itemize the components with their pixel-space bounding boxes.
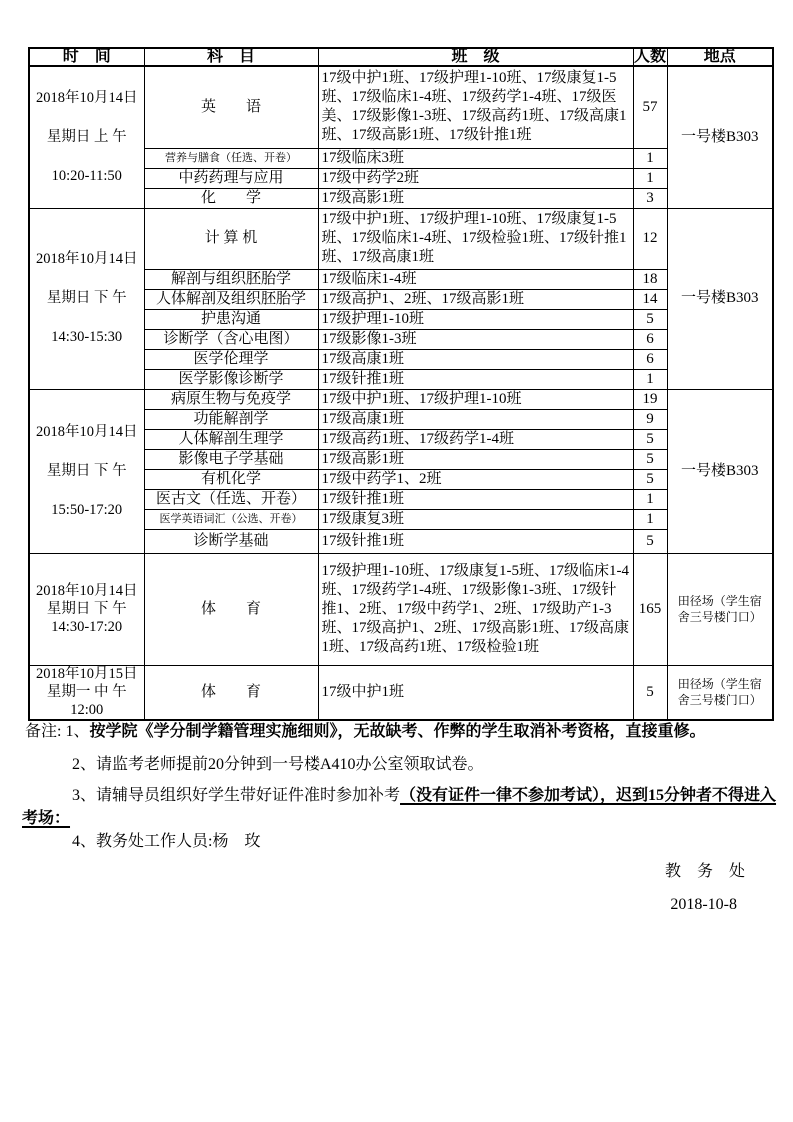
- header-row: 时 间 科 目 班 级 人数 地点: [29, 48, 773, 66]
- count-cell: 5: [633, 449, 667, 469]
- document-page: 时 间 科 目 班 级 人数 地点 2018年10月14日星期日 上 午10:2…: [0, 0, 793, 1122]
- count-cell: 1: [633, 148, 667, 168]
- count-cell: 14: [633, 289, 667, 309]
- note-3-prefix: 3、请辅导员组织好学生带好证件准时参加补考: [72, 787, 400, 804]
- classes-cell: 17级针推1班: [318, 489, 633, 509]
- count-cell: 5: [633, 469, 667, 489]
- classes-cell: 17级高护1、2班、17级高影1班: [318, 289, 633, 309]
- count-cell: 5: [633, 529, 667, 553]
- signature-date: 2018-10-8: [22, 895, 778, 915]
- signature-org: 教 务 处: [22, 862, 778, 882]
- count-cell: 19: [633, 389, 667, 409]
- subject-cell: 医学伦理学: [144, 349, 318, 369]
- subject-cell: 人体解剖及组织胚胎学: [144, 289, 318, 309]
- count-cell: 12: [633, 208, 667, 269]
- subject-cell: 英 语: [144, 66, 318, 148]
- location-cell: 一号楼B303: [667, 66, 773, 208]
- classes-cell: 17级临床3班: [318, 148, 633, 168]
- classes-cell: 17级中药学1、2班: [318, 469, 633, 489]
- subject-cell: 解剖与组织胚胎学: [144, 269, 318, 289]
- note-1-text: 按学院《学分制学籍管理实施细则》，无故缺考、作弊的学生取消补考资格，直接重修。: [89, 723, 705, 740]
- table-row: 2018年10月14日星期日 下 午15:50-17:20病原生物与免疫学17级…: [29, 389, 773, 409]
- time-line: 2018年10月14日: [36, 251, 138, 268]
- count-cell: 165: [633, 553, 667, 665]
- time-line: 星期日 下 午: [47, 463, 127, 480]
- subject-cell: 体 育: [144, 665, 318, 720]
- subject-cell: 有机化学: [144, 469, 318, 489]
- time-line: 2018年10月15日: [36, 666, 138, 683]
- header-classes: 班 级: [318, 48, 633, 66]
- subject-cell: 中药药理与应用: [144, 168, 318, 188]
- count-cell: 5: [633, 429, 667, 449]
- location-cell: 田径场（学生宿舍三号楼门口）: [667, 553, 773, 665]
- classes-cell: 17级护理1-10班、17级康复1-5班、17级临床1-4班、17级药学1-4班…: [318, 553, 633, 665]
- table-row: 2018年10月14日星期日 下 午14:30-17:20体 育17级护理1-1…: [29, 553, 773, 665]
- count-cell: 57: [633, 66, 667, 148]
- classes-cell: 17级中护1班、17级护理1-10班、17级康复1-5班、17级临床1-4班、1…: [318, 66, 633, 148]
- header-subject: 科 目: [144, 48, 318, 66]
- time-line: 2018年10月14日: [36, 424, 138, 441]
- time-cell: 2018年10月14日星期日 上 午10:20-11:50: [29, 66, 144, 208]
- classes-cell: 17级康复3班: [318, 509, 633, 529]
- subject-cell: 影像电子学基础: [144, 449, 318, 469]
- header-time: 时 间: [29, 48, 144, 66]
- subject-cell: 医学英语词汇（公选、开卷）: [144, 509, 318, 529]
- count-cell: 5: [633, 309, 667, 329]
- subject-cell: 诊断学（含心电图）: [144, 329, 318, 349]
- count-cell: 6: [633, 349, 667, 369]
- note-3: 3、请辅导员组织好学生带好证件准时参加补考（没有证件一律不参加考试），迟到15分…: [22, 784, 778, 830]
- classes-cell: 17级高影1班: [318, 188, 633, 208]
- time-line: 14:30-17:20: [51, 619, 122, 636]
- count-cell: 3: [633, 188, 667, 208]
- table-row: 2018年10月14日星期日 下 午14:30-15:30计 算 机17级中护1…: [29, 208, 773, 269]
- time-line: 2018年10月14日: [36, 90, 138, 107]
- subject-cell: 营养与膳食（任选、开卷）: [144, 148, 318, 168]
- time-cell: 2018年10月14日星期日 下 午14:30-17:20: [29, 553, 144, 665]
- notes-section: 备注: 1、按学院《学分制学籍管理实施细则》，无故缺考、作弊的学生取消补考资格，…: [22, 718, 778, 938]
- count-cell: 6: [633, 329, 667, 349]
- note-4: 4、教务处工作人员:杨 玫: [22, 832, 778, 852]
- classes-cell: 17级高药1班、17级药学1-4班: [318, 429, 633, 449]
- classes-cell: 17级中护1班: [318, 665, 633, 720]
- subject-cell: 诊断学基础: [144, 529, 318, 553]
- time-line: 10:20-11:50: [52, 168, 122, 185]
- time-cell: 2018年10月15日星期一 中 午12:00: [29, 665, 144, 720]
- count-cell: 1: [633, 509, 667, 529]
- time-line: 12:00: [70, 702, 103, 719]
- subject-cell: 护患沟通: [144, 309, 318, 329]
- time-line: 15:50-17:20: [51, 502, 122, 519]
- classes-cell: 17级护理1-10班: [318, 309, 633, 329]
- time-cell: 2018年10月14日星期日 下 午15:50-17:20: [29, 389, 144, 553]
- time-line: 星期一 中 午: [47, 684, 127, 701]
- location-cell: 一号楼B303: [667, 208, 773, 389]
- time-line: 星期日 下 午: [47, 290, 127, 307]
- location-cell: 田径场（学生宿舍三号楼门口）: [667, 665, 773, 720]
- classes-cell: 17级影像1-3班: [318, 329, 633, 349]
- time-line: 星期日 上 午: [47, 129, 127, 146]
- note-2: 2、请监考老师提前20分钟到一号楼A410办公室领取试卷。: [22, 755, 778, 775]
- subject-cell: 体 育: [144, 553, 318, 665]
- time-cell: 2018年10月14日星期日 下 午14:30-15:30: [29, 208, 144, 389]
- subject-cell: 化 学: [144, 188, 318, 208]
- count-cell: 1: [633, 168, 667, 188]
- classes-cell: 17级临床1-4班: [318, 269, 633, 289]
- subject-cell: 计 算 机: [144, 208, 318, 269]
- header-count: 人数: [633, 48, 667, 66]
- table-row: 2018年10月14日星期日 上 午10:20-11:50英 语17级中护1班、…: [29, 66, 773, 148]
- classes-cell: 17级高影1班: [318, 449, 633, 469]
- location-cell: 一号楼B303: [667, 389, 773, 553]
- time-line: 2018年10月14日: [36, 583, 138, 600]
- classes-cell: 17级中护1班、17级护理1-10班、17级康复1-5班、17级临床1-4班、1…: [318, 208, 633, 269]
- note-1-label: 备注: 1、: [25, 723, 89, 740]
- table-row: 2018年10月15日星期一 中 午12:00体 育17级中护1班5田径场（学生…: [29, 665, 773, 720]
- note-1: 备注: 1、按学院《学分制学籍管理实施细则》，无故缺考、作弊的学生取消补考资格，…: [22, 722, 778, 742]
- exam-schedule-table: 时 间 科 目 班 级 人数 地点 2018年10月14日星期日 上 午10:2…: [28, 47, 774, 721]
- count-cell: 1: [633, 369, 667, 389]
- classes-cell: 17级针推1班: [318, 369, 633, 389]
- count-cell: 18: [633, 269, 667, 289]
- classes-cell: 17级高康1班: [318, 409, 633, 429]
- classes-cell: 17级针推1班: [318, 529, 633, 553]
- subject-cell: 医学影像诊断学: [144, 369, 318, 389]
- classes-cell: 17级中药学2班: [318, 168, 633, 188]
- header-location: 地点: [667, 48, 773, 66]
- time-line: 星期日 下 午: [47, 601, 127, 618]
- subject-cell: 病原生物与免疫学: [144, 389, 318, 409]
- subject-cell: 医古文（任选、开卷）: [144, 489, 318, 509]
- classes-cell: 17级高康1班: [318, 349, 633, 369]
- count-cell: 1: [633, 489, 667, 509]
- time-line: 14:30-15:30: [51, 329, 122, 346]
- subject-cell: 功能解剖学: [144, 409, 318, 429]
- count-cell: 9: [633, 409, 667, 429]
- subject-cell: 人体解剖生理学: [144, 429, 318, 449]
- count-cell: 5: [633, 665, 667, 720]
- classes-cell: 17级中护1班、17级护理1-10班: [318, 389, 633, 409]
